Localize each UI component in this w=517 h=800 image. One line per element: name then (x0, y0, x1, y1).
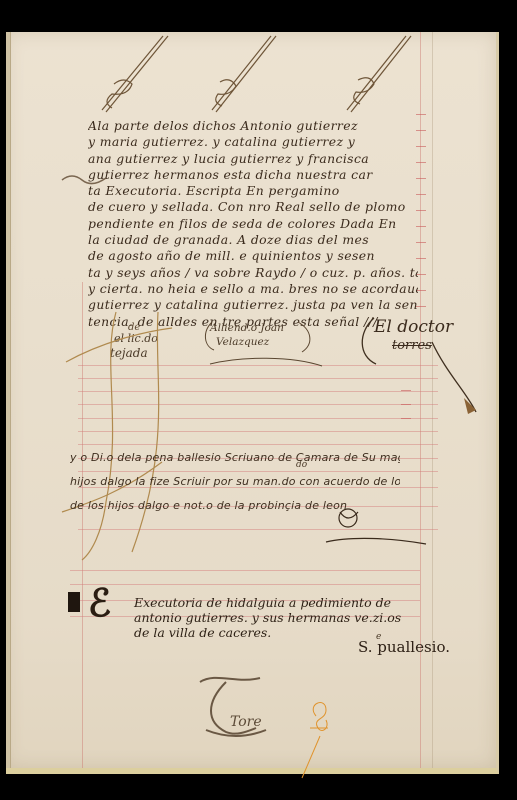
text-line: ta y seys años / va sobre Raydo / o cuz.… (88, 265, 418, 281)
notary-rubric-icon (322, 498, 432, 548)
summary-line: antonio gutierres. y sus hermanas ve.zi.… (134, 610, 434, 625)
decorated-initial-e: ℰ (88, 584, 111, 622)
summary-line: Executoria de hidalguia a pedimiento de (134, 595, 434, 610)
text-line: pendiente en filos de seda de colores Da… (88, 216, 418, 232)
paragraph-mark-icon (68, 592, 80, 612)
text-line: gutierrez hermanos esta dicha nuestra ca… (88, 167, 418, 183)
text-line: y maria gutierrez. y catalina gutierrez … (88, 134, 418, 150)
text-line: ana gutierrez y lucia gutierrez y franci… (88, 151, 418, 167)
text-line: Ala parte delos dichos Antonio gutierrez (88, 118, 418, 134)
document-summary: Executoria de hidalguia a pedimiento de … (134, 595, 434, 640)
clerk-signature: S. puallesio. (358, 638, 450, 656)
text-line: de cuero y sellada. Con nro Real sello d… (88, 199, 418, 215)
text-line: de agosto año de mill. e quinientos y se… (88, 248, 418, 264)
notary-line: y o Di.o dela pena ballesio Scriuano de … (70, 446, 400, 470)
signature-right-flourish-icon (356, 312, 496, 432)
text-line: ta Executoria. Escripta En pergamino (88, 183, 418, 199)
main-text-block: Ala parte delos dichos Antonio gutierrez… (88, 118, 418, 330)
notary-line: hijos dalgo la fize Scriuir por su man.d… (70, 470, 400, 494)
signature-left-flourish-icon (62, 302, 182, 562)
bottom-mark-text: Tore (230, 714, 262, 730)
text-line: la ciudad de granada. A doze dias del me… (88, 232, 418, 248)
notary-superscript: do (296, 460, 307, 470)
quill-flourish-icons (6, 32, 496, 132)
manuscript-page: Ala parte delos dichos Antonio gutierrez… (6, 32, 499, 774)
bottom-flourish-icon (186, 672, 366, 782)
text-line: y cierta. no heia e sello a ma. bres no … (88, 281, 418, 297)
binding-gutter (6, 32, 11, 768)
signature-middle-flourish-icon (202, 316, 332, 376)
